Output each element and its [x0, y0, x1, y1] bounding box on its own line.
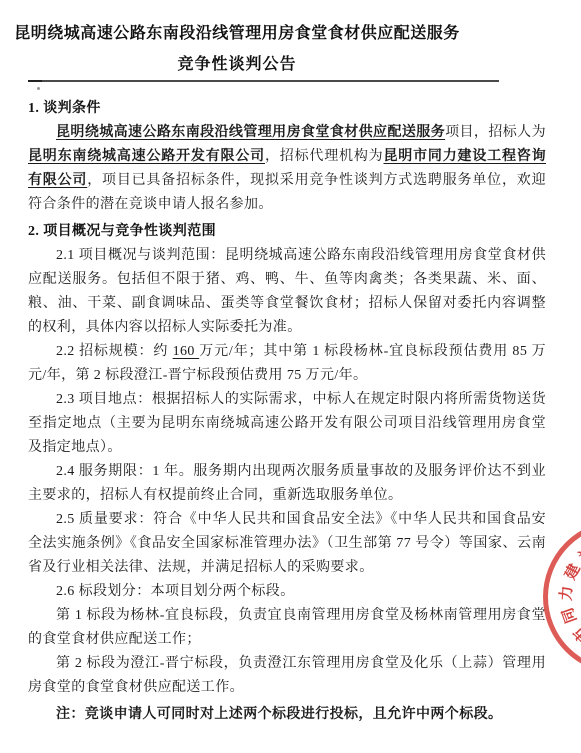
section1-paragraph: 昆明绕城高速公路东南段沿线管理用房食堂食材供应配送服务项目，招标人为昆明东南绕城… [28, 121, 546, 217]
stamp-character: 力 [558, 584, 577, 603]
paragraph-2-5-quality: 2.5 质量要求：符合《中华人民共和国食品安全法》《中华人民共和国食品安全法实施… [28, 508, 546, 580]
document-page: 昆明绕城高速公路东南段沿线管理用房食堂食材供应配送服务 竞争性谈判公告 1. 谈… [0, 0, 581, 753]
paragraph-2-2-text: 2.2 招标规模：约 [56, 344, 173, 359]
scan-artifact-dot [37, 87, 40, 90]
stamp-character: 同 [559, 604, 581, 627]
paragraph-2-1-scope: 2.1 项目概况与谈判范围：昆明绕城高速公路东南段沿线管理用房食堂食材供应配送服… [28, 244, 546, 340]
document-title-line2: 竞争性谈判公告 [0, 55, 474, 75]
section1-text: ，招标代理机构为 [265, 149, 384, 164]
paragraph-2-4-service-period: 2.4 服务期限：1 年。服务期内出现两次服务质量事故的及服务评价达不到业主要求… [28, 460, 546, 508]
paragraph-lot-1: 第 1 标段为杨林-宜良标段，负责宜良南管理用房食堂及杨林南管理用房食堂的食堂食… [28, 604, 546, 652]
title-divider-line [28, 80, 499, 82]
section1-text: ，项目已具备招标条件，现拟采用竞争性谈判方式选聘服务单位，欢迎符合条件的潜在竞谈… [28, 173, 546, 212]
section1-text: 项目，招标人为 [445, 125, 546, 140]
project-name-underlined: 昆明绕城高速公路东南段沿线管理用房食堂食材供应配送服务 [56, 125, 445, 140]
document-title: 昆明绕城高速公路东南段沿线管理用房食堂食材供应配送服务 竞争性谈判公告 [0, 24, 474, 75]
paragraph-2-2-scale: 2.2 招标规模：约 160 万元/年；其中第 1 标段杨林-宜良标段预估费用 … [28, 340, 546, 388]
stamp-character: 建 [561, 560, 581, 584]
paragraph-2-6-lots: 2.6 标段划分：本项目划分两个标段。 [28, 580, 546, 604]
note-paragraph: 注：竞谈申请人可同时对上述两个标段进行投标，且允许中两个标段。 [28, 703, 546, 727]
stamp-character: 市 [569, 621, 581, 646]
document-body: 1. 谈判条件 昆明绕城高速公路东南段沿线管理用房食堂食材供应配送服务项目，招标… [28, 97, 546, 727]
tenderee-name-underlined: 昆明东南绕城高速公路开发有限公司 [28, 149, 265, 164]
amount-underlined: 160 [173, 344, 200, 359]
section2-heading: 2. 项目概况与竞争性谈判范围 [28, 220, 546, 244]
document-title-line1: 昆明绕城高速公路东南段沿线管理用房食堂食材供应配送服务 [0, 24, 474, 44]
paragraph-2-3-location: 2.3 项目地点：根据招标人的实际需求，中标人在规定时限内将所需货物送货至指定地… [28, 388, 546, 460]
agency-red-stamp: 设 建 力 同 市 [543, 520, 581, 674]
section1-heading: 1. 谈判条件 [28, 97, 546, 121]
paragraph-lot-2: 第 2 标段为澄江-晋宁标段，负责澄江东管理用房食堂及化乐（上蒜）管理用房食堂的… [28, 652, 546, 700]
